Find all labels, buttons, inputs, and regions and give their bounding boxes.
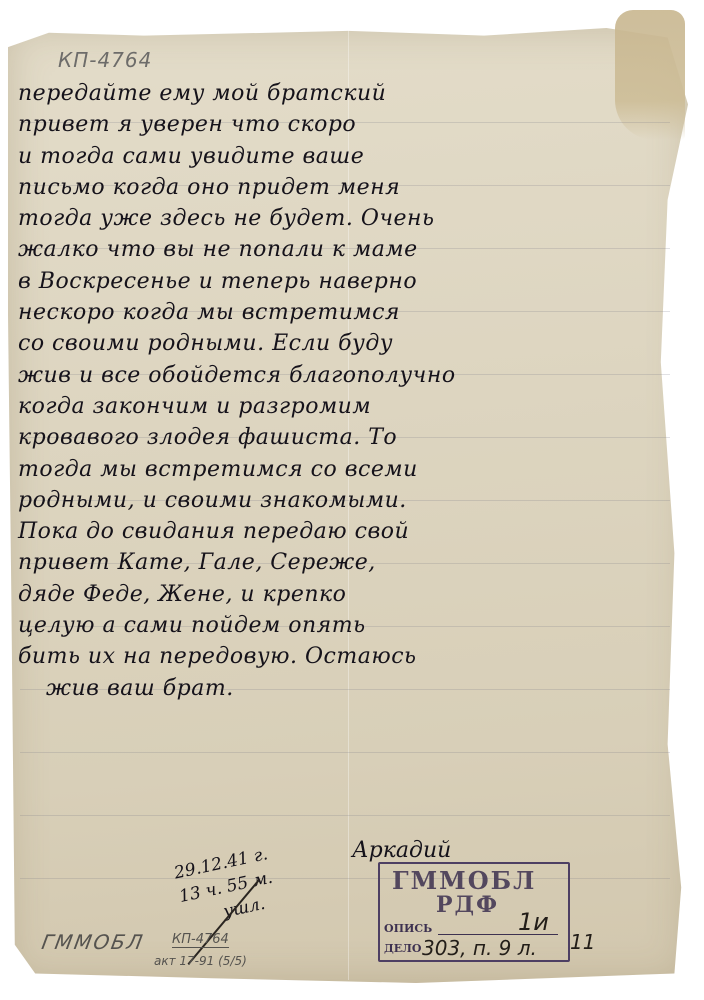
stamp-sub: РДФ: [436, 892, 499, 918]
letter-line: тогда мы встретимся со всеми: [18, 454, 678, 485]
letter-line: со своими родными. Если буду: [18, 328, 678, 359]
inventory-number: КП-4764: [58, 48, 152, 72]
letter-line: дяде Феде, Жене, и крепко: [18, 579, 678, 610]
sheet-number: 11: [570, 930, 595, 954]
letter-body: передайте ему мой братский привет я увер…: [18, 78, 678, 704]
letter-line: письмо когда оно придет меня: [18, 172, 678, 203]
stamp-delo-value: 303, п. 9 л.: [422, 936, 537, 960]
letter-line: привет я уверен что скоро: [18, 109, 678, 140]
archive-kp-number: КП-4764: [172, 932, 229, 948]
letter-line: и тогда сами увидите ваше: [18, 141, 678, 172]
letter-line: в Воскресенье и теперь наверно: [18, 266, 678, 297]
ruled-line: [20, 815, 670, 816]
letter-line: привет Кате, Гале, Сереже,: [18, 547, 678, 578]
letter-line: жив ваш брат.: [18, 673, 678, 704]
signature: Аркадий: [352, 838, 451, 863]
letter-line: передайте ему мой братский: [18, 78, 678, 109]
archive-organization: ГММОБЛ: [40, 930, 146, 954]
archive-pencil-note: ГММОБЛ КП-4764 акт 17-91 (5/5): [42, 930, 144, 954]
letter-line: целую а сами пойдем опять: [18, 610, 678, 641]
letter-line: кровавого злодея фашиста. То: [18, 422, 678, 453]
stamp-organization: ГММОБЛ: [392, 866, 536, 895]
ruled-line: [20, 878, 670, 879]
letter-line: когда закончим и разгромим: [18, 391, 678, 422]
letter-line: жалко что вы не попали к маме: [18, 234, 678, 265]
ruled-line: [20, 752, 670, 753]
letter-line: родными, и своими знакомыми.: [18, 485, 678, 516]
letter-line: нескоро когда мы встретимся: [18, 297, 678, 328]
letter-line: жив и все обойдется благополучно: [18, 360, 678, 391]
letter-line: бить их на передовую. Остаюсь: [18, 641, 678, 672]
archive-act: акт 17-91 (5/5): [154, 954, 247, 968]
letter-line: тогда уже здесь не будет. Очень: [18, 203, 678, 234]
stamp-opis-value: 1и: [518, 908, 549, 936]
stamp-delo-label: ДЕЛО: [384, 942, 421, 955]
archive-stamp: ГММОБЛ РДФ ОПИСЬ 1и ДЕЛО 303, п. 9 л.: [378, 862, 570, 962]
stamp-opis-label: ОПИСЬ: [384, 922, 432, 935]
letter-line: Пока до свидания передаю свой: [18, 516, 678, 547]
